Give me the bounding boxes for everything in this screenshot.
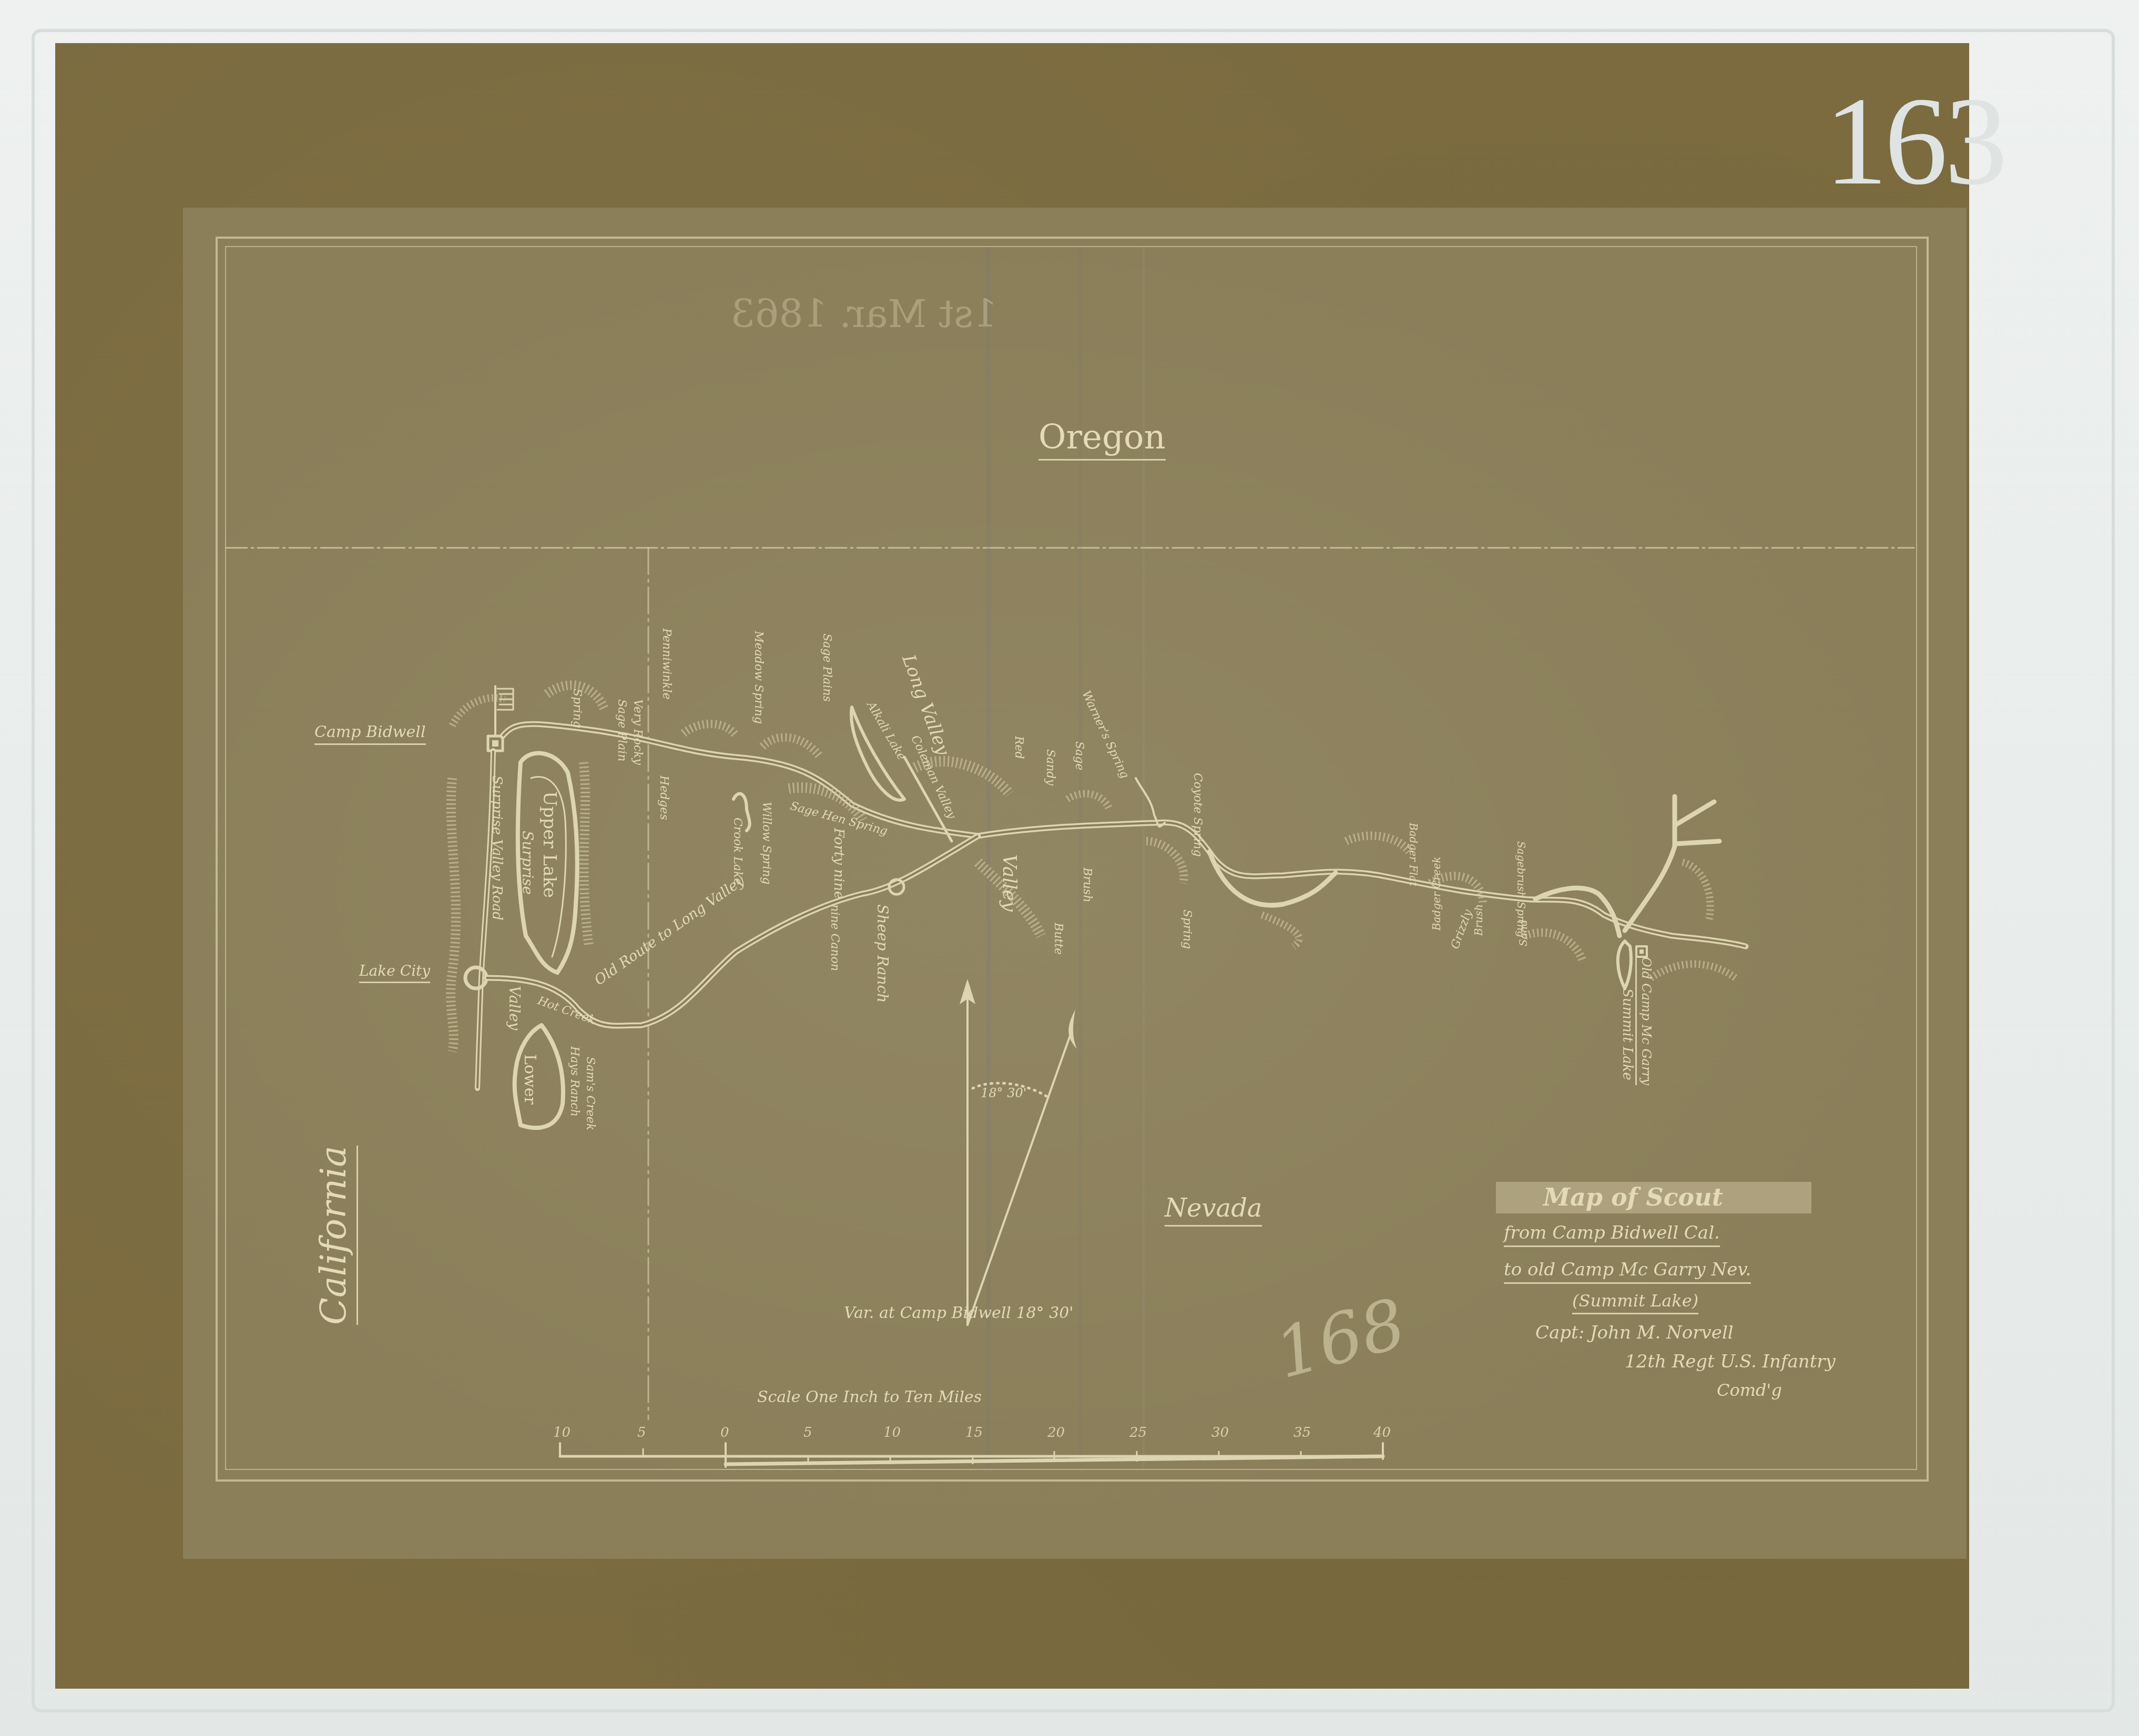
label-sams-creek: Sam's Creek xyxy=(584,1057,597,1130)
label-sandy: Sandy xyxy=(1044,749,1057,785)
scale-tick: 5 xyxy=(637,1425,646,1441)
label-spring-1: Spring xyxy=(571,689,584,728)
label-lower-lake: Lower xyxy=(521,1054,539,1105)
label-sagebrush-spring: Sagebrush Spring xyxy=(1515,841,1527,937)
scale-tick: 10 xyxy=(553,1425,571,1441)
label-nine-canon: nine Canon xyxy=(828,904,841,971)
magnetic-north-line xyxy=(967,1036,1070,1325)
label-sage: Sage xyxy=(1073,741,1086,770)
label-surprise: Surprise xyxy=(519,831,536,895)
label-badger-creek: Badger Creek xyxy=(1430,856,1443,931)
label-fortynine: Forty nine xyxy=(831,828,847,899)
label-pennwinkle: Penniwinkle xyxy=(660,628,673,700)
label-valley-west: Valley xyxy=(506,986,523,1030)
variation-arc-label: 18° 30' xyxy=(981,1086,1026,1100)
label-camp-bidwell: Camp Bidwell xyxy=(314,723,426,745)
scale-tick: 40 xyxy=(1373,1425,1391,1441)
title-author: Capt: John M. Norvell xyxy=(1535,1322,1734,1343)
mirrored-date-text: 1st Mar. 1863 xyxy=(731,292,997,336)
scale-bar xyxy=(560,1443,1383,1467)
scale-tick: 0 xyxy=(720,1425,729,1441)
scale-tick: 25 xyxy=(1129,1425,1147,1441)
magnetic-north-icon xyxy=(1068,1009,1077,1049)
region-california: California xyxy=(313,1146,358,1325)
label-upper-lake: Upper Lake xyxy=(539,791,560,898)
label-sheep-ranch: Sheep Ranch xyxy=(874,904,891,1003)
scale-tick: 5 xyxy=(803,1425,812,1441)
label-lake-city: Lake City xyxy=(359,962,430,983)
title-role: Comd'g xyxy=(1717,1380,1782,1400)
label-red: Red xyxy=(1012,736,1025,759)
scale-tick: 20 xyxy=(1047,1425,1065,1441)
title-line-to: to old Camp Mc Garry Nev. xyxy=(1504,1259,1751,1284)
label-willow-spring: Willow Spring xyxy=(760,802,773,884)
label-valley-east: Valley xyxy=(999,854,1020,912)
label-coyote-spring: Coyote Spring xyxy=(1191,773,1204,857)
scale-tick: 35 xyxy=(1293,1425,1311,1441)
label-sage-plain: Sage Plain xyxy=(615,699,628,761)
label-crook-lake: Crook Lake xyxy=(731,818,744,885)
variation-caption: Var. at Camp Bidwell 18° 30' xyxy=(844,1304,1074,1322)
label-summit-lake: Summit Lake xyxy=(1619,988,1635,1080)
label-butte: Butte xyxy=(1052,923,1065,955)
title-line-from: from Camp Bidwell Cal. xyxy=(1504,1222,1720,1247)
label-brush-2: Brush xyxy=(1472,904,1485,936)
map-title: Map of Scout xyxy=(1543,1183,1723,1211)
label-surprise-valley-road: Surprise Valley Road xyxy=(489,775,505,921)
label-old-camp-mcgarry: Old Camp Mc Garry xyxy=(1635,957,1654,1085)
label-spring-coyote: Spring xyxy=(1180,910,1194,949)
label-hays-ranch: Hays Ranch xyxy=(568,1046,581,1117)
region-nevada: Nevada xyxy=(1165,1193,1262,1227)
scale-tick: 15 xyxy=(965,1425,983,1441)
label-sage-plains: Sage Plains xyxy=(820,634,833,702)
region-oregon: Oregon xyxy=(1038,418,1166,461)
label-very-rocky: Very Rocky xyxy=(631,699,644,765)
title-line-summit: (Summit Lake) xyxy=(1572,1291,1698,1314)
label-hedges: Hedges xyxy=(657,775,670,820)
scale-tick: 30 xyxy=(1211,1425,1229,1441)
scale-caption: Scale One Inch to Ten Miles xyxy=(757,1388,982,1406)
label-meadow-spring: Meadow Spring xyxy=(752,631,765,724)
label-badger-flat: Badger Flat xyxy=(1407,823,1420,886)
compass-rose xyxy=(960,979,1077,1325)
label-brush: Brush xyxy=(1081,867,1094,902)
scale-tick: 10 xyxy=(883,1425,901,1441)
title-unit: 12th Regt U.S. Infantry xyxy=(1625,1351,1836,1372)
map-linework xyxy=(0,0,2139,1736)
